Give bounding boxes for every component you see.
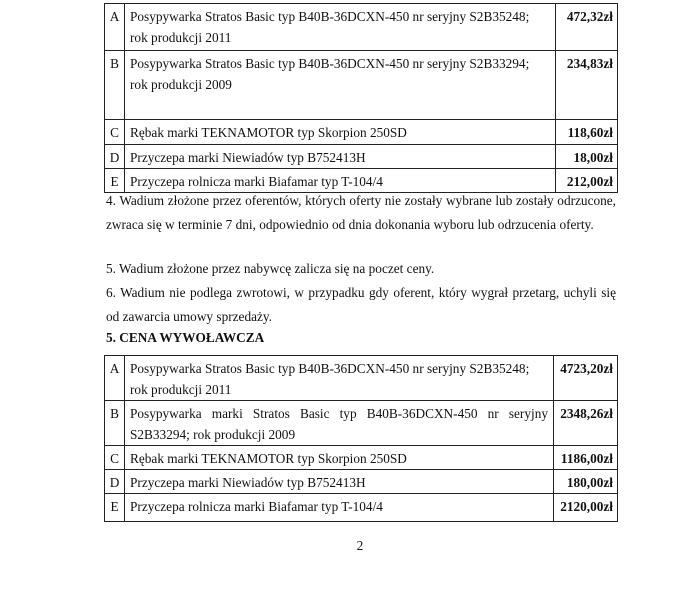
row-description-line: Posypywarka marki Stratos Basic typ B40B… (130, 403, 548, 424)
price-table: A Posypywarka Stratos Basic typ B40B-36D… (104, 355, 618, 522)
row-description: Przyczepa rolnicza marki Biafamar typ T-… (125, 494, 554, 522)
row-letter: D (105, 470, 125, 494)
document-page: A Posypywarka Stratos Basic typ B40B-36D… (0, 0, 692, 606)
row-description: Przyczepa marki Niewiadów typ B752413H (125, 145, 556, 169)
table-row: B Posypywarka Stratos Basic typ B40B-36D… (105, 51, 618, 120)
table-row: A Posypywarka Stratos Basic typ B40B-36D… (105, 356, 618, 401)
row-letter: B (105, 51, 125, 120)
row-letter: A (105, 356, 125, 401)
table-row: E Przyczepa rolnicza marki Biafamar typ … (105, 494, 618, 522)
row-description: Posypywarka Stratos Basic typ B40B-36DCX… (125, 51, 556, 120)
row-description: Rębak marki TEKNAMOTOR typ Skorpion 250S… (125, 446, 554, 470)
row-description: Posypywarka marki Stratos Basic typ B40B… (125, 401, 554, 446)
row-amount: 1186,00zł (554, 446, 618, 470)
wadium-table: A Posypywarka Stratos Basic typ B40B-36D… (104, 3, 618, 193)
row-description-line: Posypywarka Stratos Basic typ B40B-36DCX… (130, 358, 548, 379)
paragraph-4: 4. Wadium złożone przez oferentów, który… (106, 189, 616, 237)
section-heading: 5. CENA WYWOŁAWCZA (106, 328, 264, 348)
table-row: C Rębak marki TEKNAMOTOR typ Skorpion 25… (105, 446, 618, 470)
row-amount: 2120,00zł (554, 494, 618, 522)
row-description-line: Przyczepa marki Niewiadów typ B752413H (130, 472, 548, 493)
row-description-line: rok produkcji 2011 (130, 379, 548, 400)
table-row: D Przyczepa marki Niewiadów typ B752413H… (105, 145, 618, 169)
row-description-line: S2B33294; rok produkcji 2009 (130, 424, 548, 445)
row-amount: 4723,20zł (554, 356, 618, 401)
row-description: Posypywarka Stratos Basic typ B40B-36DCX… (125, 4, 556, 51)
table-row: D Przyczepa marki Niewiadów typ B752413H… (105, 470, 618, 494)
paragraph-5: 5. Wadium złożone przez nabywcę zalicza … (106, 257, 616, 281)
table-row: B Posypywarka marki Stratos Basic typ B4… (105, 401, 618, 446)
row-letter: C (105, 446, 125, 470)
row-amount: 2348,26zł (554, 401, 618, 446)
row-description-line: Rębak marki TEKNAMOTOR typ Skorpion 250S… (130, 448, 548, 469)
row-letter: E (105, 494, 125, 522)
paragraph-6: 6. Wadium nie podlega zwrotowi, w przypa… (106, 281, 616, 329)
row-description: Rębak marki TEKNAMOTOR typ Skorpion 250S… (125, 120, 556, 145)
row-amount: 18,00zł (556, 145, 618, 169)
row-amount: 180,00zł (554, 470, 618, 494)
row-letter: B (105, 401, 125, 446)
row-description-line: Przyczepa rolnicza marki Biafamar typ T-… (130, 496, 548, 517)
table-row: A Posypywarka Stratos Basic typ B40B-36D… (105, 4, 618, 51)
row-letter: D (105, 145, 125, 169)
table-row: C Rębak marki TEKNAMOTOR typ Skorpion 25… (105, 120, 618, 145)
row-description: Przyczepa marki Niewiadów typ B752413H (125, 470, 554, 494)
row-amount: 118,60zł (556, 120, 618, 145)
row-amount: 234,83zł (556, 51, 618, 120)
page-number: 2 (353, 538, 367, 554)
row-amount: 472,32zł (556, 4, 618, 51)
row-letter: A (105, 4, 125, 51)
row-letter: C (105, 120, 125, 145)
row-description: Posypywarka Stratos Basic typ B40B-36DCX… (125, 356, 554, 401)
